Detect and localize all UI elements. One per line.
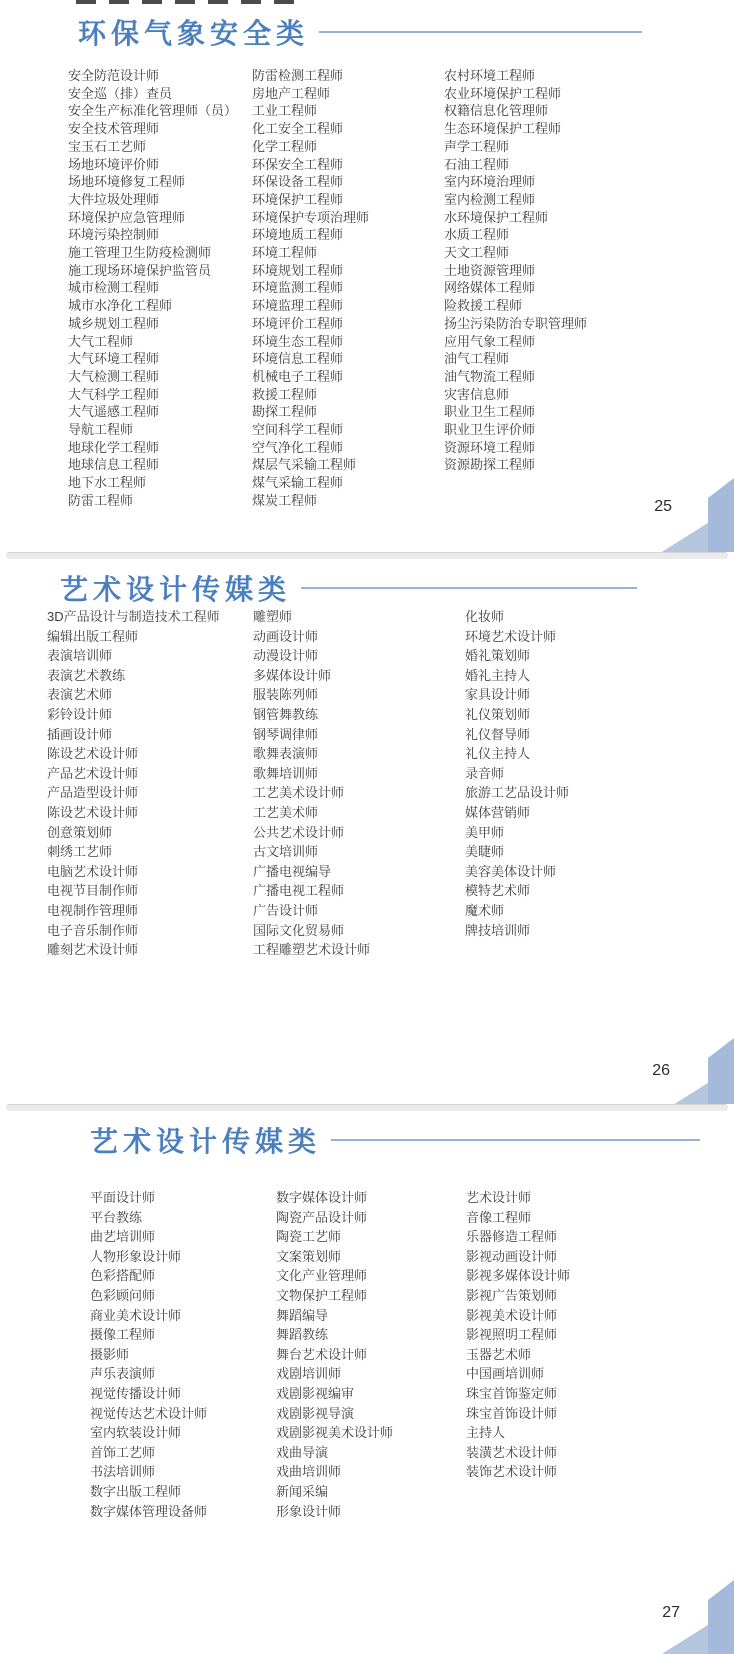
job-item: 城乡规划工程师 [68,315,237,333]
category-title: 艺术设计传媒类 [90,1120,321,1160]
job-item: 电脑艺术设计师 [47,862,220,882]
job-item: 农村环境工程师 [444,67,587,85]
job-item: 刺绣工艺师 [47,842,220,862]
page-number: 27 [662,1604,680,1622]
job-item: 美容美体设计师 [465,862,569,882]
job-item: 旅游工艺品设计师 [465,783,569,803]
job-item: 公共艺术设计师 [253,823,370,843]
job-item: 室内软装设计师 [90,1423,207,1443]
job-item: 环境信息工程师 [252,350,369,368]
job-item: 美睫师 [465,842,569,862]
job-item: 古文培训师 [253,842,370,862]
job-item: 环境监理工程师 [252,297,369,315]
job-item: 施工管理卫生防疫检测师 [68,244,237,262]
job-item: 表演艺术教练 [47,666,220,686]
job-item: 插画设计师 [47,725,220,745]
job-item: 影视动画设计师 [466,1247,570,1267]
job-item: 大气工程师 [68,333,237,351]
job-item: 安全防范设计师 [68,67,237,85]
job-item: 色彩搭配师 [90,1266,207,1286]
job-item: 录音师 [465,764,569,784]
job-item: 网络媒体工程师 [444,279,587,297]
job-item: 服装陈列师 [253,685,370,705]
job-item: 装饰艺术设计师 [466,1462,570,1482]
job-item: 文物保护工程师 [276,1286,393,1306]
job-item: 水环境保护工程师 [444,209,587,227]
job-item: 首饰工艺师 [90,1443,207,1463]
job-item: 生态环境保护工程师 [444,120,587,138]
job-item: 险救援工程师 [444,297,587,315]
job-item: 彩铃设计师 [47,705,220,725]
job-item: 多媒体设计师 [253,666,370,686]
job-item: 室内检测工程师 [444,191,587,209]
job-item: 戏剧影视导演 [276,1404,393,1424]
job-item: 大件垃圾处理师 [68,191,237,209]
job-item: 3D产品设计与制造技术工程师 [47,607,220,627]
job-item: 陶瓷工艺师 [276,1227,393,1247]
clipped-text-fragment [76,0,306,4]
job-item: 安全巡（排）查员 [68,85,237,103]
job-item: 摄像工程师 [90,1325,207,1345]
job-item: 环保安全工程师 [252,156,369,174]
job-column-1: 3D产品设计与制造技术工程师编辑出版工程师表演培训师表演艺术教练表演艺术师彩铃设… [47,607,220,960]
job-item: 陈设艺术设计师 [47,744,220,764]
job-item: 电视制作管理师 [47,901,220,921]
job-item: 美甲师 [465,823,569,843]
job-column-1: 平面设计师平台教练曲艺培训师人物形象设计师色彩搭配师色彩顾问师商业美术设计师摄像… [90,1188,207,1521]
corner-fold-icon [662,478,734,552]
job-item: 化工安全工程师 [252,120,369,138]
job-item: 环境保护应急管理师 [68,209,237,227]
job-item: 油气工程师 [444,350,587,368]
job-item: 商业美术设计师 [90,1306,207,1326]
job-item: 戏剧影视美术设计师 [276,1423,393,1443]
job-item: 珠宝首饰鉴定师 [466,1384,570,1404]
job-item: 色彩顾问师 [90,1286,207,1306]
job-item: 煤气采输工程师 [252,474,369,492]
job-item: 新闻采编 [276,1482,393,1502]
job-item: 表演培训师 [47,646,220,666]
job-item: 影视美术设计师 [466,1306,570,1326]
job-item: 地球化学工程师 [68,439,237,457]
category-title: 环保气象安全类 [78,12,309,52]
job-item: 施工现场环境保护监管员 [68,262,237,280]
job-item: 舞蹈教练 [276,1325,393,1345]
job-item: 陶瓷产品设计师 [276,1208,393,1228]
job-item: 钢琴调律师 [253,725,370,745]
job-item: 环境保护工程师 [252,191,369,209]
job-item: 戏曲培训师 [276,1462,393,1482]
job-item: 钢管舞教练 [253,705,370,725]
title-rule [301,587,637,589]
job-item: 大气环境工程师 [68,350,237,368]
job-item: 环境艺术设计师 [465,627,569,647]
job-item: 婚礼策划师 [465,646,569,666]
title-rule [319,31,642,33]
job-item: 舞台艺术设计师 [276,1345,393,1365]
page-number: 26 [652,1062,670,1080]
job-item: 产品造型设计师 [47,783,220,803]
job-item: 模特艺术师 [465,881,569,901]
job-item: 婚礼主持人 [465,666,569,686]
page-separator [6,552,728,559]
page-26: 艺术设计传媒类 3D产品设计与制造技术工程师编辑出版工程师表演培训师表演艺术教练… [0,559,734,1104]
job-item: 视觉传达艺术设计师 [90,1404,207,1424]
job-item: 歌舞表演师 [253,744,370,764]
job-item: 礼仪督导师 [465,725,569,745]
job-item: 广播电视工程师 [253,881,370,901]
job-item: 礼仪主持人 [465,744,569,764]
job-item: 土地资源管理师 [444,262,587,280]
job-item: 雕塑师 [253,607,370,627]
job-item: 动画设计师 [253,627,370,647]
job-item: 环境地质工程师 [252,226,369,244]
job-item: 戏曲导演 [276,1443,393,1463]
job-item: 珠宝首饰设计师 [466,1404,570,1424]
job-item: 职业卫生评价师 [444,421,587,439]
job-item: 戏剧培训师 [276,1364,393,1384]
job-item: 影视广告策划师 [466,1286,570,1306]
job-item: 室内环境治理师 [444,173,587,191]
job-item: 平台教练 [90,1208,207,1228]
job-item: 职业卫生工程师 [444,403,587,421]
category-header: 环保气象安全类 [0,12,734,52]
job-item: 声学工程师 [444,138,587,156]
job-item: 影视照明工程师 [466,1325,570,1345]
job-item: 地球信息工程师 [68,456,237,474]
job-item: 环境规划工程师 [252,262,369,280]
job-item: 环境保护专项治理师 [252,209,369,227]
job-item: 创意策划师 [47,823,220,843]
job-item: 权籍信息化管理师 [444,102,587,120]
job-item: 广播电视编导 [253,862,370,882]
job-item: 戏剧影视编审 [276,1384,393,1404]
job-item: 场地环境评价师 [68,156,237,174]
job-item: 中国画培训师 [466,1364,570,1384]
page-separator [6,1104,728,1111]
job-item: 礼仪策划师 [465,705,569,725]
job-item: 主持人 [466,1423,570,1443]
title-rule [331,1139,700,1141]
job-item: 机械电子工程师 [252,368,369,386]
job-column-3: 艺术设计师音像工程师乐器修造工程师影视动画设计师影视多媒体设计师影视广告策划师影… [466,1188,570,1482]
job-item: 大气科学工程师 [68,386,237,404]
job-item: 家具设计师 [465,685,569,705]
category-header: 艺术设计传媒类 [0,1120,734,1160]
job-item: 环保设备工程师 [252,173,369,191]
job-item: 数字媒体管理设备师 [90,1502,207,1522]
job-item: 宝玉石工艺师 [68,138,237,156]
job-item: 国际文化贸易师 [253,921,370,941]
job-item: 牌技培训师 [465,921,569,941]
job-item: 房地产工程师 [252,85,369,103]
job-item: 空气净化工程师 [252,439,369,457]
job-item: 数字出版工程师 [90,1482,207,1502]
job-item: 玉器艺术师 [466,1345,570,1365]
job-item: 人物形象设计师 [90,1247,207,1267]
job-item: 工业工程师 [252,102,369,120]
page-27: 艺术设计传媒类 平面设计师平台教练曲艺培训师人物形象设计师色彩搭配师色彩顾问师商… [0,1111,734,1654]
job-item: 影视多媒体设计师 [466,1266,570,1286]
job-item: 勘探工程师 [252,403,369,421]
job-item: 电视节目制作师 [47,881,220,901]
job-item: 水质工程师 [444,226,587,244]
job-item: 石油工程师 [444,156,587,174]
job-item: 安全技术管理师 [68,120,237,138]
job-item: 应用气象工程师 [444,333,587,351]
category-title: 艺术设计传媒类 [60,568,291,608]
job-item: 摄影师 [90,1345,207,1365]
job-item: 城市水净化工程师 [68,297,237,315]
job-item: 环境工程师 [252,244,369,262]
job-item: 导航工程师 [68,421,237,439]
job-column-3: 农村环境工程师农业环境保护工程师权籍信息化管理师生态环境保护工程师声学工程师石油… [444,67,587,474]
job-item: 化学工程师 [252,138,369,156]
job-item: 环境污染控制师 [68,226,237,244]
job-item: 化妆师 [465,607,569,627]
job-column-2: 雕塑师动画设计师动漫设计师多媒体设计师服装陈列师钢管舞教练钢琴调律师歌舞表演师歌… [253,607,370,960]
job-item: 广告设计师 [253,901,370,921]
page-25: 环保气象安全类 安全防范设计师安全巡（排）查员安全生产标准化管理师（员）安全技术… [0,0,734,552]
job-item: 城市检测工程师 [68,279,237,297]
job-item: 视觉传播设计师 [90,1384,207,1404]
job-item: 文案策划师 [276,1247,393,1267]
job-item: 雕刻艺术设计师 [47,940,220,960]
job-item: 魔术师 [465,901,569,921]
job-column-2: 防雷检测工程师房地产工程师工业工程师化工安全工程师化学工程师环保安全工程师环保设… [252,67,369,510]
job-item: 动漫设计师 [253,646,370,666]
job-item: 资源环境工程师 [444,439,587,457]
job-item: 灾害信息师 [444,386,587,404]
job-column-2: 数字媒体设计师陶瓷产品设计师陶瓷工艺师文案策划师文化产业管理师文物保护工程师舞蹈… [276,1188,393,1521]
job-item: 扬尘污染防治专职管理师 [444,315,587,333]
job-item: 场地环境修复工程师 [68,173,237,191]
job-item: 大气遥感工程师 [68,403,237,421]
job-item: 地下水工程师 [68,474,237,492]
job-item: 数字媒体设计师 [276,1188,393,1208]
job-item: 音像工程师 [466,1208,570,1228]
job-item: 媒体营销师 [465,803,569,823]
job-item: 救援工程师 [252,386,369,404]
job-item: 产品艺术设计师 [47,764,220,784]
job-item: 工艺美术师 [253,803,370,823]
job-item: 陈设艺术设计师 [47,803,220,823]
job-item: 工艺美术设计师 [253,783,370,803]
job-column-3: 化妆师环境艺术设计师婚礼策划师婚礼主持人家具设计师礼仪策划师礼仪督导师礼仪主持人… [465,607,569,940]
job-item: 装潢艺术设计师 [466,1443,570,1463]
job-item: 舞蹈编导 [276,1306,393,1326]
job-column-1: 安全防范设计师安全巡（排）查员安全生产标准化管理师（员）安全技术管理师宝玉石工艺… [68,67,237,510]
job-item: 煤炭工程师 [252,492,369,510]
job-item: 文化产业管理师 [276,1266,393,1286]
job-item: 油气物流工程师 [444,368,587,386]
job-item: 书法培训师 [90,1462,207,1482]
job-item: 天文工程师 [444,244,587,262]
job-item: 安全生产标准化管理师（员） [68,102,237,120]
job-item: 编辑出版工程师 [47,627,220,647]
job-item: 煤层气采输工程师 [252,456,369,474]
job-item: 农业环境保护工程师 [444,85,587,103]
job-item: 歌舞培训师 [253,764,370,784]
job-item: 曲艺培训师 [90,1227,207,1247]
job-item: 资源勘探工程师 [444,456,587,474]
job-item: 环境评价工程师 [252,315,369,333]
job-item: 防雷工程师 [68,492,237,510]
job-item: 防雷检测工程师 [252,67,369,85]
category-header: 艺术设计传媒类 [0,568,734,608]
page-number: 25 [654,498,672,516]
job-item: 形象设计师 [276,1502,393,1522]
job-item: 空间科学工程师 [252,421,369,439]
job-item: 电子音乐制作师 [47,921,220,941]
job-item: 艺术设计师 [466,1188,570,1208]
job-item: 平面设计师 [90,1188,207,1208]
corner-fold-icon [662,1038,734,1104]
job-item: 大气检测工程师 [68,368,237,386]
job-item: 环境生态工程师 [252,333,369,351]
job-item: 声乐表演师 [90,1364,207,1384]
job-item: 工程雕塑艺术设计师 [253,940,370,960]
job-item: 表演艺术师 [47,685,220,705]
job-item: 环境监测工程师 [252,279,369,297]
job-item: 乐器修造工程师 [466,1227,570,1247]
